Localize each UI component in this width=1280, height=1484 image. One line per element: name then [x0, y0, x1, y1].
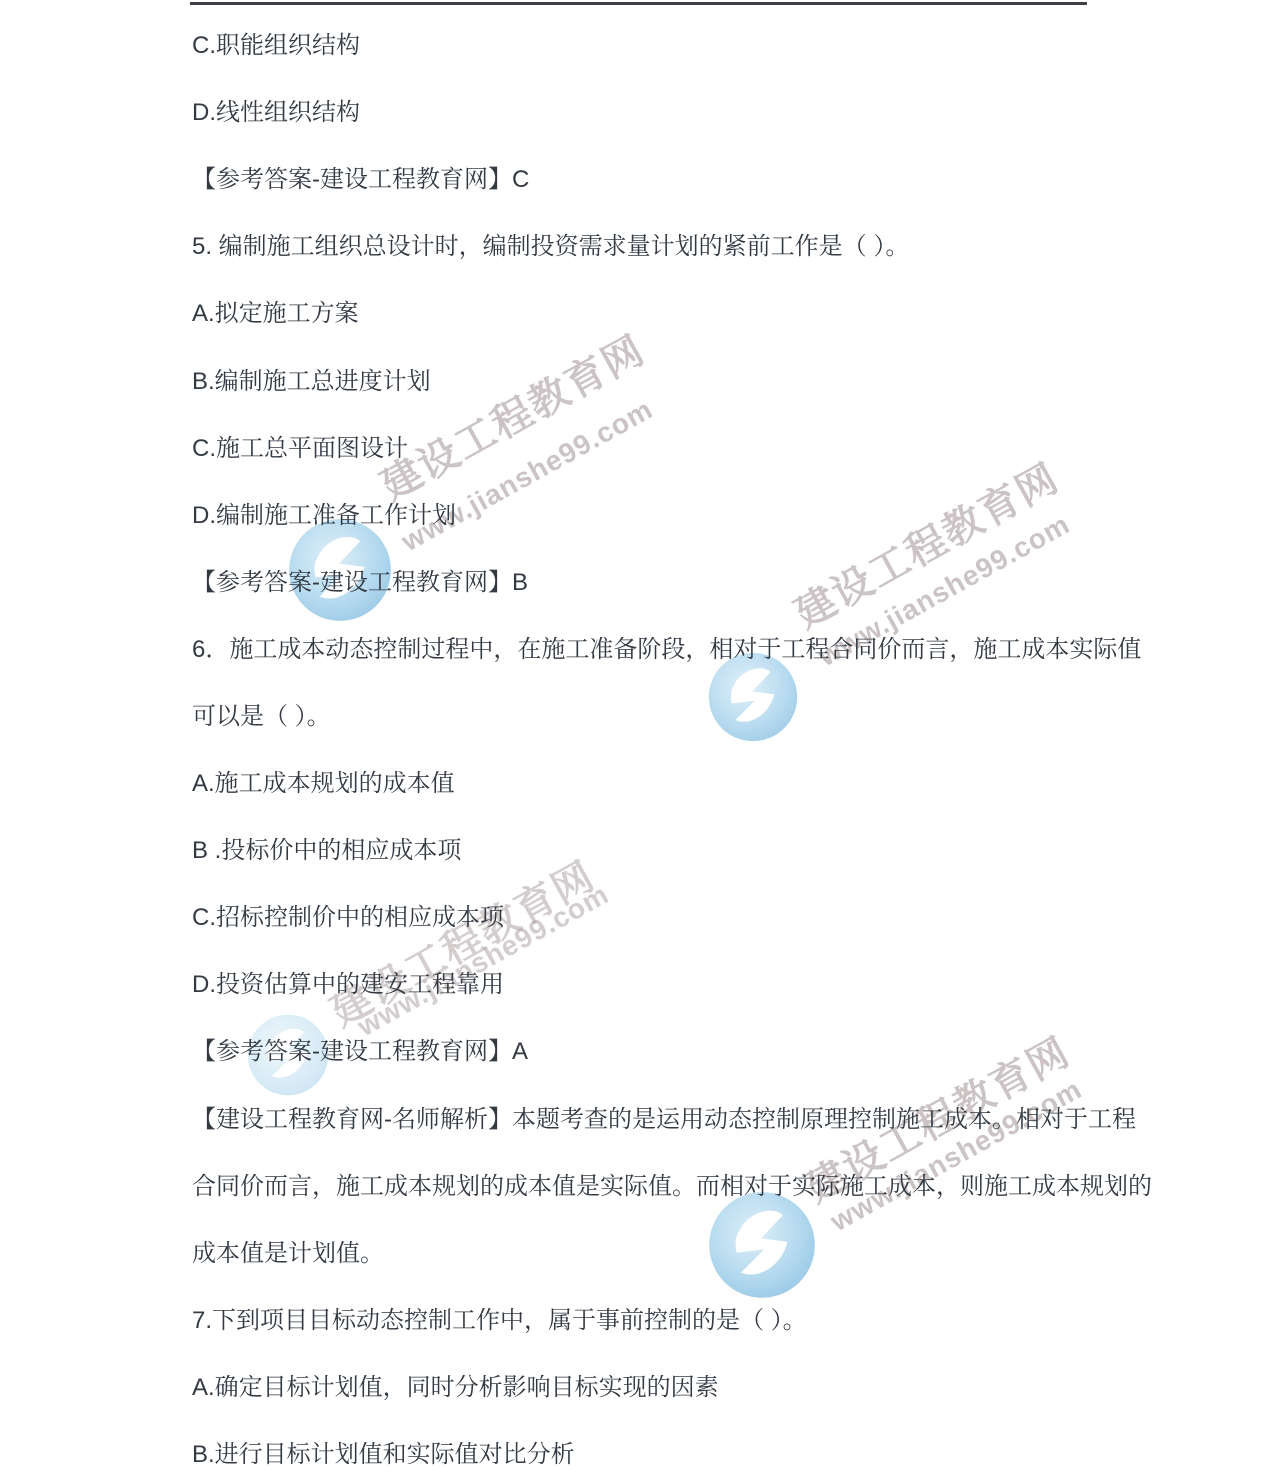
analysis-continuation-line: 合同价而言，施工成本规划的成本值是实际值。而相对于实际施工成本，则施工成本规划的 — [192, 1150, 1112, 1217]
answer-line: 【参考答案-建设工程教育网】A — [192, 1015, 1112, 1082]
analysis-line: 【建设工程教育网-名师解析】本题考查的是运用动态控制原理控制施工成本。相对于工程 — [192, 1083, 1112, 1150]
text-layer: C.职能组织结构 D.线性组织结构 【参考答案-建设工程教育网】C 5. 编制施… — [0, 0, 1280, 1484]
question-line: 7.下到项目目标动态控制工作中，属于事前控制的是（ ）。 — [192, 1284, 1112, 1351]
option-line: A.施工成本规划的成本值 — [192, 747, 1112, 814]
option-line: C.施工总平面图设计 — [192, 412, 1112, 479]
option-line: C.招标控制价中的相应成本项 — [192, 881, 1112, 948]
question-line: 6．施工成本动态控制过程中，在施工准备阶段，相对于工程合同价而言，施工成本实际值 — [192, 613, 1112, 680]
answer-line: 【参考答案-建设工程教育网】B — [192, 546, 1112, 613]
option-line: A.拟定施工方案 — [192, 277, 1112, 344]
option-line: B .投标价中的相应成本项 — [192, 814, 1112, 881]
option-line: A.确定目标计划值，同时分析影响目标实现的因素 — [192, 1351, 1112, 1418]
option-line: B.编制施工总进度计划 — [192, 344, 1112, 411]
option-line: D.编制施工准备工作计划 — [192, 479, 1112, 546]
option-line: B.进行目标计划值和实际值对比分析 — [192, 1418, 1112, 1484]
question-line: 5. 编制施工组织总设计时，编制投资需求量计划的紧前工作是（ ）。 — [192, 210, 1112, 277]
option-line: D.投资估算中的建安工程靠用 — [192, 948, 1112, 1015]
document-page: 建设工程教育网 www.jianshe99.com 建设工程教育网 www.ji… — [0, 0, 1280, 1484]
option-line: D.线性组织结构 — [192, 76, 1112, 143]
option-line: C.职能组织结构 — [192, 9, 1112, 76]
analysis-continuation-line: 成本值是计划值。 — [192, 1217, 1112, 1284]
question-document: C.职能组织结构 D.线性组织结构 【参考答案-建设工程教育网】C 5. 编制施… — [192, 9, 1112, 1484]
question-continuation-line: 可以是（ ）。 — [192, 680, 1112, 747]
answer-line: 【参考答案-建设工程教育网】C — [192, 143, 1112, 210]
